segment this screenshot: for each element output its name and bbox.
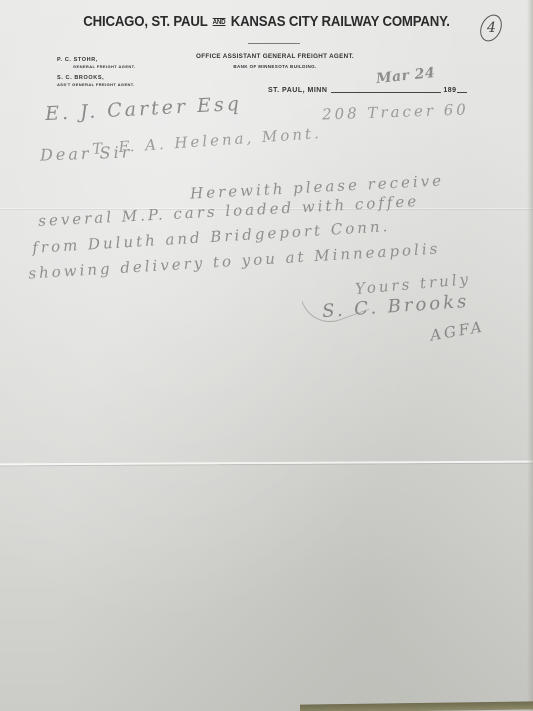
paper-right-edge <box>527 0 533 711</box>
letterhead-rule <box>248 43 300 44</box>
office-block: OFFICE ASSISTANT GENERAL FREIGHT AGENT. … <box>170 53 380 69</box>
handwritten-date: Mar 24 <box>376 65 437 87</box>
company-name: CHICAGO, ST. PAUL AND KANSAS CITY RAILWA… <box>32 13 501 30</box>
dateline-year: 189 <box>443 87 456 94</box>
dateline-city: ST. PAUL, MINN <box>268 87 327 94</box>
fold-line-middle <box>0 461 533 466</box>
officer-title: GENERAL FREIGHT AGENT. <box>73 64 136 69</box>
paper-bottom-edge <box>300 701 533 711</box>
company-name-part2: KANSAS CITY RAILWAY COMPANY. <box>231 13 450 30</box>
officers-list: P. C. STOHR, GENERAL FREIGHT AGENT. S. C… <box>57 57 136 93</box>
officer-title: ASS'T GENERAL FREIGHT AGENT. <box>57 82 136 87</box>
date-blank: Mar 24 <box>331 82 441 93</box>
officer-name: P. C. STOHR, <box>57 57 136 63</box>
dateline: ST. PAUL, MINN Mar 24 189 <box>268 82 467 94</box>
addressee-name: E. J. Carter Esq <box>45 93 243 125</box>
letter-page: CHICAGO, ST. PAUL AND KANSAS CITY RAILWA… <box>0 0 533 711</box>
office-building: BANK OF MINNESOTA BUILDING. <box>170 64 380 69</box>
company-name-part1: CHICAGO, ST. PAUL <box>83 13 207 30</box>
page-number-text: 4 <box>487 20 496 36</box>
office-title: OFFICE ASSISTANT GENERAL FREIGHT AGENT. <box>170 53 380 60</box>
signature-title: AGFA <box>429 317 486 344</box>
salutation: Dear Sir <box>40 142 133 164</box>
tracer-reference: 208 Tracer 60 <box>322 100 469 123</box>
officer-name: S. C. BROOKS, <box>57 75 136 81</box>
company-name-and: AND <box>213 19 226 26</box>
year-blank <box>457 92 467 93</box>
